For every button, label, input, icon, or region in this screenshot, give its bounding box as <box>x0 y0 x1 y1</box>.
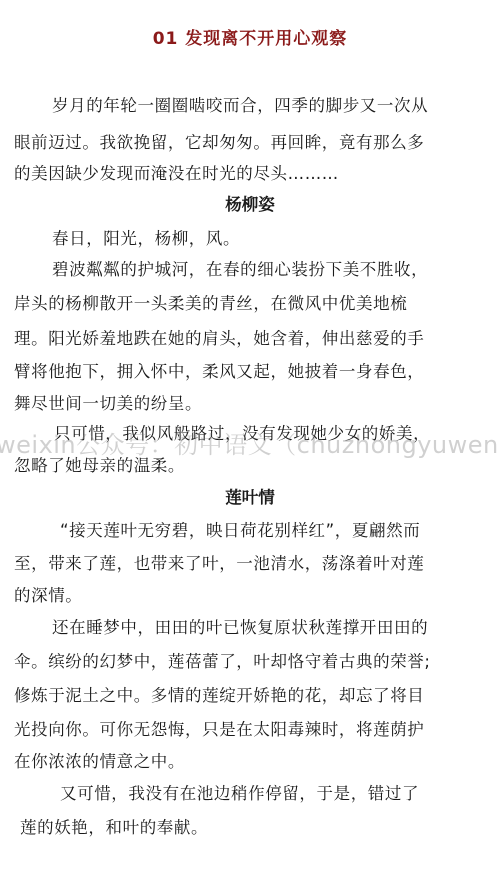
paragraph-line: 岸头的杨柳散开一头柔美的青丝，在微风中优美地梳 <box>14 290 407 314</box>
paragraph-line: 春日，阳光，杨柳，风。 <box>52 225 240 249</box>
paragraph-line: 伞。缤纷的幻梦中，莲蓓蕾了，叶却恪守着古典的荣誉; <box>14 648 431 672</box>
paragraph-line: 碧波粼粼的护城河，在春的细心装扮下美不胜收， <box>52 256 428 280</box>
paragraph-line: 又可惜，我没有在池边稍作停留，于是，错过了 <box>60 780 419 804</box>
paragraph-line: 只可惜，我似风般路过，没有发现她少女的娇美， <box>54 420 430 444</box>
intro-line: 岁月的年轮一圈圈啮咬而合，四季的脚步又一次从 <box>52 92 428 116</box>
intro-line: 眼前迈过。我欲挽留，它却匆匆。再回眸，竟有那么多 <box>14 129 424 153</box>
paragraph-line: 臂将他抱下，拥入怀中，柔风又起，她披着一身春色， <box>14 358 424 382</box>
paragraph-line: 至，带来了莲，也带来了叶，一池清水，荡涤着叶对莲 <box>14 550 424 574</box>
intro-line: 的美因缺少发现而淹没在时光的尽头……… <box>14 160 339 184</box>
paragraph-line: 忽略了她母亲的温柔。 <box>14 452 185 476</box>
section-heading-lotus: 莲叶情 <box>0 484 500 508</box>
page-title: 01 发现离不开用心观察 <box>0 24 500 49</box>
paragraph-line: 舞尽世间一切美的纷呈。 <box>14 390 202 414</box>
paragraph-line: 还在睡梦中，田田的叶已恢复原状秋莲撑开田田的 <box>52 614 428 638</box>
paragraph-line: 在你浓浓的情意之中。 <box>14 748 185 772</box>
section-heading-willow: 杨柳姿 <box>0 191 500 215</box>
paragraph-line: 莲的妖艳，和叶的奉献。 <box>20 814 208 838</box>
paragraph-line: 的深情。 <box>14 582 82 606</box>
paragraph-line: 光投向你。可你无怨悔，只是在太阳毒辣时，将莲荫护 <box>14 716 424 740</box>
paragraph-line: 理。阳光娇羞地跌在她的肩头，她含着，伸出慈爱的手 <box>14 325 424 349</box>
paragraph-line: “接天莲叶无穷碧，映日荷花别样红”，夏翩然而 <box>60 517 420 541</box>
paragraph-line: 修炼于泥土之中。多情的莲绽开娇艳的花，却忘了将目 <box>14 682 424 706</box>
